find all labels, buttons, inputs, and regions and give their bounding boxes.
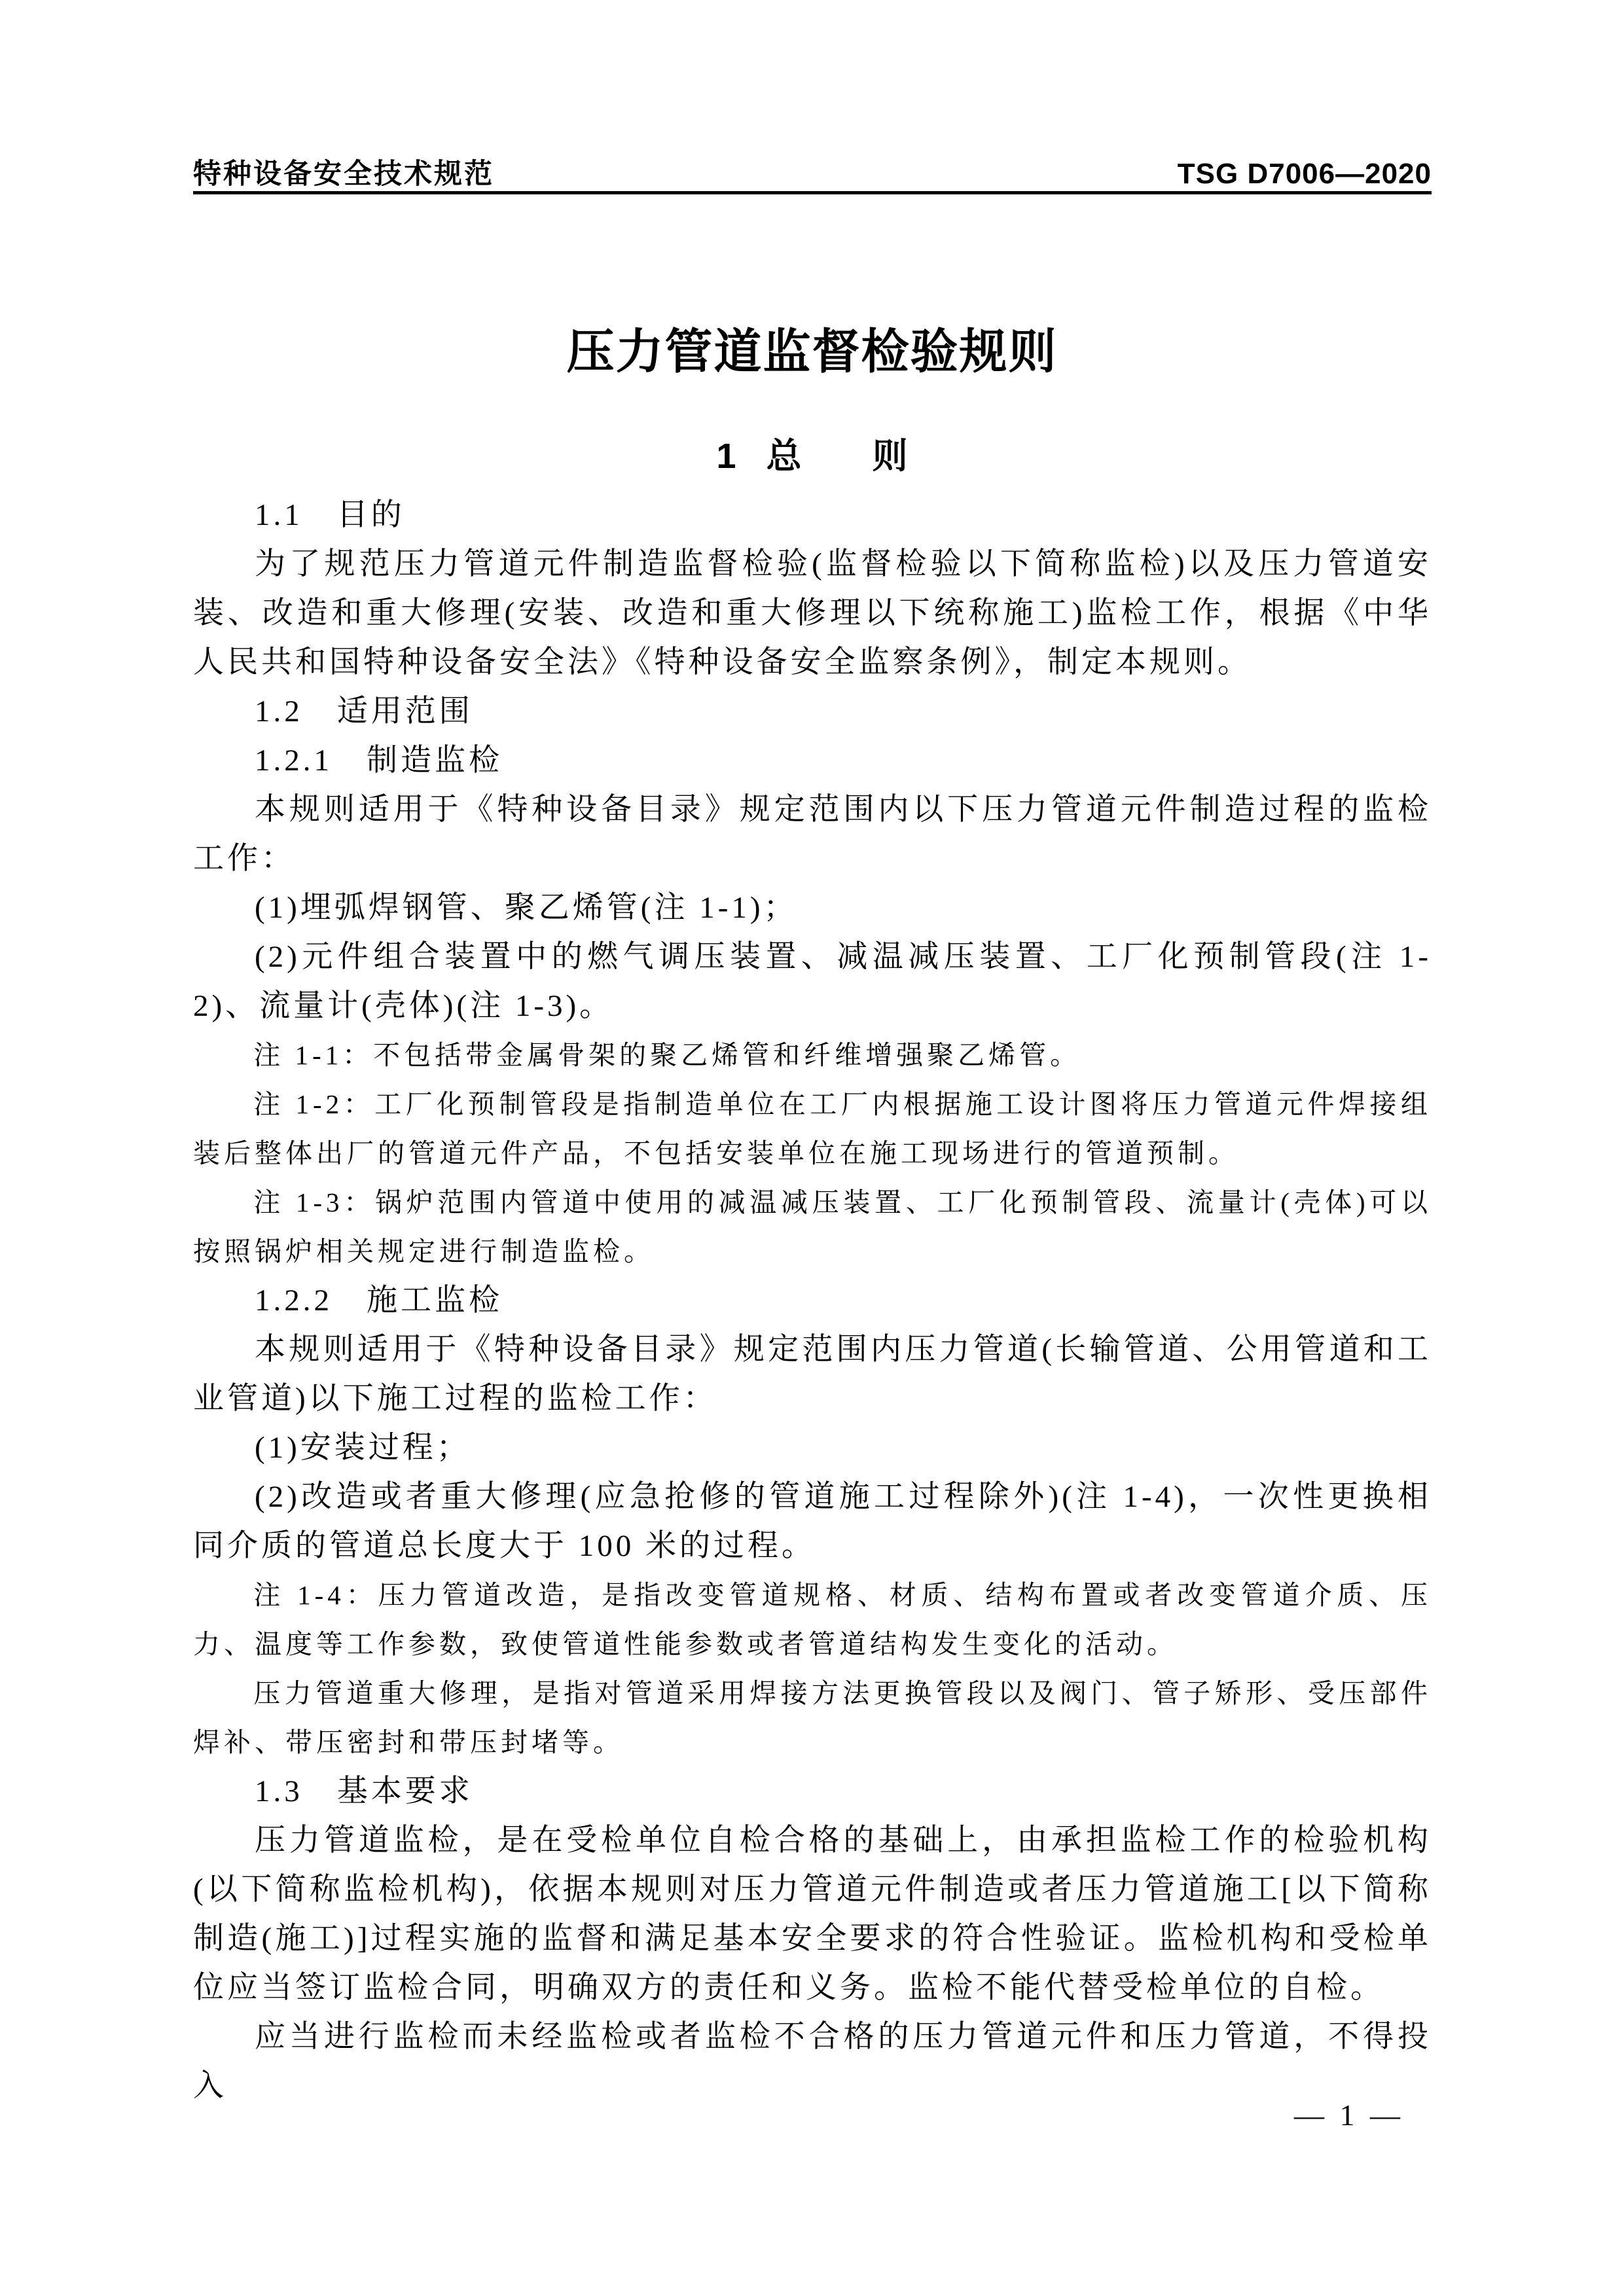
note-paragraph: 注 1-4：压力管道改造，是指改变管道规格、材质、结构布置或者改变管道介质、压力… [193, 1571, 1432, 1669]
section-heading: 1.3 基本要求 [193, 1767, 1432, 1816]
note-paragraph: 压力管道重大修理，是指对管道采用焊接方法更换管段以及阀门、管子矫形、受压部件焊补… [193, 1669, 1432, 1767]
body-paragraph: 压力管道监检，是在受检单位自检合格的基础上，由承担监检工作的检验机构(以下简称监… [193, 1816, 1432, 2013]
section-heading: 1.1 目的 [193, 491, 1432, 540]
body-paragraph: 本规则适用于《特种设备目录》规定范围内以下压力管道元件制造过程的监检工作： [193, 785, 1432, 884]
chapter-number: 1 [716, 437, 736, 476]
body-paragraph: (1)安装过程； [193, 1424, 1432, 1473]
chapter-title: 总 则 [767, 437, 908, 476]
header-left-title: 特种设备安全技术规范 [193, 160, 494, 188]
page-number: — 1 — [1294, 2098, 1404, 2132]
page: { "page": { "bg_color": "#ffffff", "text… [0, 0, 1624, 2296]
note-paragraph: 注 1-3：锅炉范围内管道中使用的减温减压装置、工厂化预制管段、流量计(壳体)可… [193, 1178, 1432, 1276]
document-title: 压力管道监督检验规则 [0, 326, 1624, 378]
page-header: 特种设备安全技术规范 TSG D7006—2020 [193, 152, 1432, 188]
section-heading: 1.2.1 制造监检 [193, 736, 1432, 785]
body-paragraph: 本规则适用于《特种设备目录》规定范围内压力管道(长输管道、公用管道和工业管道)以… [193, 1325, 1432, 1424]
document-body: 1.1 目的为了规范压力管道元件制造监督检验(监督检验以下简称监检)以及压力管道… [193, 491, 1432, 2111]
chapter-heading: 1总 则 [0, 436, 1624, 476]
header-doc-code: TSG D7006—2020 [1178, 160, 1432, 188]
note-paragraph: 注 1-2：工厂化预制管段是指制造单位在工厂内根据施工设计图将压力管道元件焊接组… [193, 1080, 1432, 1178]
body-paragraph: 应当进行监检而未经监检或者监检不合格的压力管道元件和压力管道，不得投入 [193, 2013, 1432, 2111]
section-heading: 1.2 适用范围 [193, 687, 1432, 736]
body-paragraph: (2)改造或者重大修理(应急抢修的管道施工过程除外)(注 1-4)，一次性更换相… [193, 1473, 1432, 1571]
body-paragraph: 为了规范压力管道元件制造监督检验(监督检验以下简称监检)以及压力管道安装、改造和… [193, 540, 1432, 687]
body-paragraph: (2)元件组合装置中的燃气调压装置、减温减压装置、工厂化预制管段(注 1-2)、… [193, 933, 1432, 1031]
section-heading: 1.2.2 施工监检 [193, 1276, 1432, 1325]
header-rule [193, 191, 1432, 194]
note-paragraph: 注 1-1：不包括带金属骨架的聚乙烯管和纤维增强聚乙烯管。 [193, 1031, 1432, 1080]
body-paragraph: (1)埋弧焊钢管、聚乙烯管(注 1-1)； [193, 884, 1432, 933]
